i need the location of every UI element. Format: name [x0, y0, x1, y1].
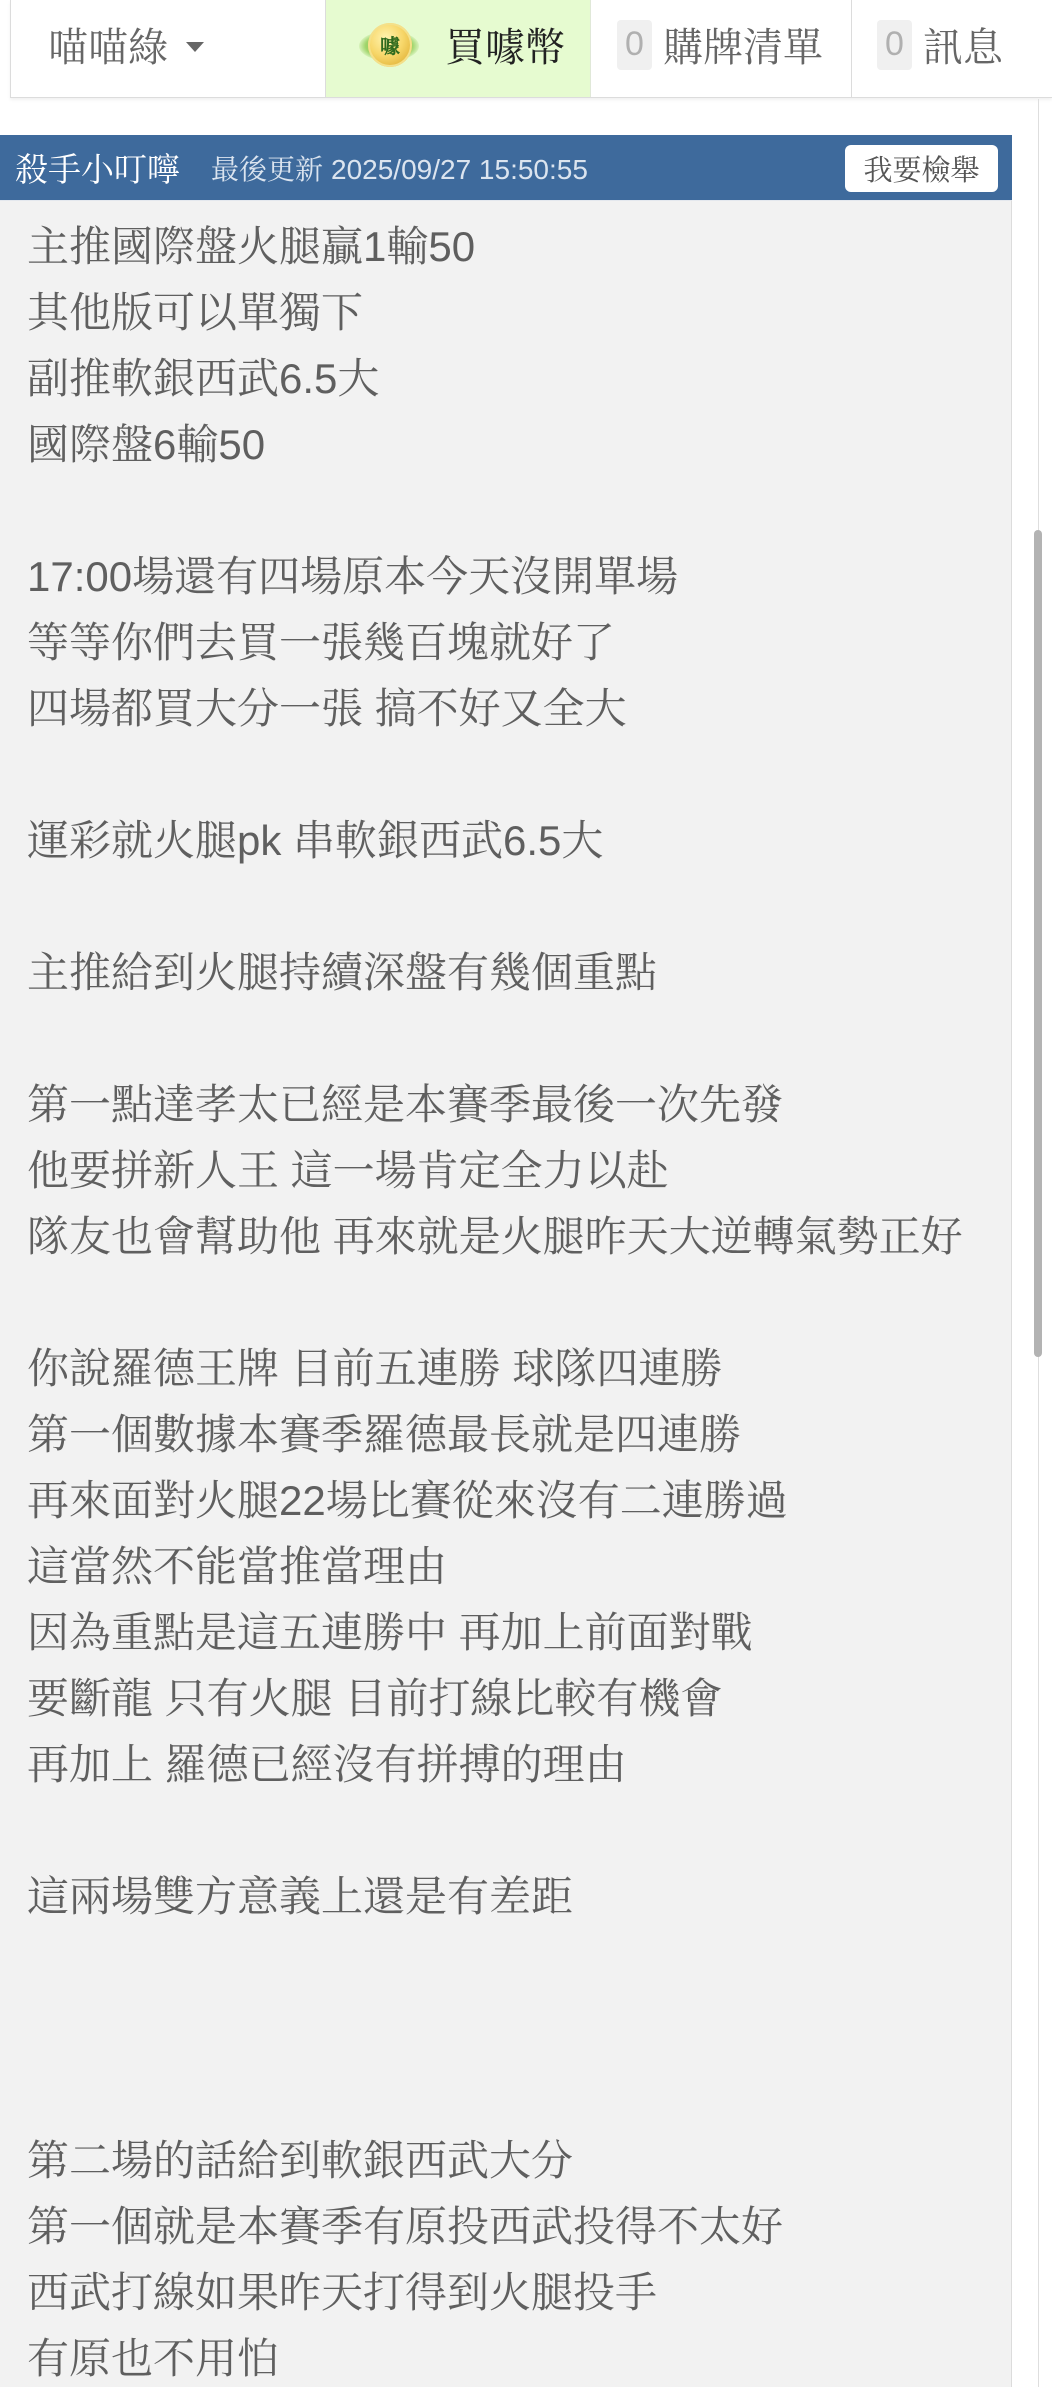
messages-label: 訊息 — [923, 16, 1003, 73]
content-line — [27, 1270, 1011, 1336]
purchase-list-label: 購牌清單 — [663, 16, 823, 73]
content-line: 副推軟銀西武6.5大 — [27, 346, 1011, 412]
report-button[interactable]: 我要檢舉 — [845, 145, 998, 192]
last-updated: 最後更新2025/09/27 15:50:55 — [211, 148, 588, 188]
content-line: 17:00場還有四場原本今天沒開單場 — [27, 544, 1011, 610]
content-line: 運彩就火腿pk 串軟銀西武6.5大 — [27, 808, 1011, 874]
post-content: 主推國際盤火腿贏1輸50 其他版可以單獨下 副推軟銀西武6.5大 國際盤6輸50… — [0, 200, 1012, 2387]
content-line — [27, 742, 1011, 808]
content-line: 四場都買大分一張 搞不好又全大 — [27, 676, 1011, 742]
content-line — [27, 1798, 1011, 1864]
content-line: 國際盤6輸50 — [27, 412, 1011, 478]
content-line: 這兩場雙方意義上還是有差距 — [27, 1864, 1011, 1930]
content-line: 要斷龍 只有火腿 目前打線比較有機會 — [27, 1666, 1011, 1732]
content-line — [27, 478, 1011, 544]
post-author: 殺手小叮嚀 — [15, 144, 180, 191]
messages-count-badge: 0 — [877, 20, 912, 70]
last-updated-label: 最後更新 — [211, 154, 323, 185]
content-line: 主推給到火腿持續深盤有幾個重點 — [27, 940, 1011, 1006]
coin-disc: 噱 — [368, 23, 412, 67]
messages-button[interactable]: 0 訊息 — [852, 0, 1052, 97]
purchase-list-button[interactable]: 0 購牌清單 — [591, 0, 852, 97]
content-line — [27, 874, 1011, 940]
content-line: 再來面對火腿22場比賽從來沒有二連勝過 — [27, 1468, 1011, 1534]
top-nav: 喵喵綠 噱 買噱幣 0 購牌清單 0 訊息 — [10, 0, 1052, 98]
content-line: 第一個數據本賽季羅德最長就是四連勝 — [27, 1402, 1011, 1468]
content-line: 第二場的話給到軟銀西武大分 — [27, 2128, 1011, 2194]
post-header: 殺手小叮嚀 最後更新2025/09/27 15:50:55 我要檢舉 — [0, 135, 1012, 200]
buy-coins-button[interactable]: 噱 買噱幣 — [326, 0, 591, 97]
content-line — [27, 1996, 1011, 2062]
content-line: 主推國際盤火腿贏1輸50 — [27, 214, 1011, 280]
caret-down-icon — [186, 42, 204, 52]
user-menu-label: 喵喵綠 — [48, 16, 168, 73]
content-line: 再加上 羅德已經沒有拼搏的理由 — [27, 1732, 1011, 1798]
content-line: 有原也不用怕 — [27, 2326, 1011, 2387]
content-line: 等等你們去買一張幾百塊就好了 — [27, 610, 1011, 676]
buy-coins-label: 買噱幣 — [445, 16, 565, 73]
content-line: 其他版可以單獨下 — [27, 280, 1011, 346]
content-line: 因為重點是這五連勝中 再加上前面對戰 — [27, 1600, 1011, 1666]
content-line: 你說羅德王牌 目前五連勝 球隊四連勝 — [27, 1336, 1011, 1402]
purchase-list-count-badge: 0 — [617, 20, 652, 70]
scrollbar-thumb[interactable] — [1034, 530, 1042, 1357]
content-line: 他要拼新人王 這一場肯定全力以赴 — [27, 1138, 1011, 1204]
content-line — [27, 2062, 1011, 2128]
content-line: 第一點達孝太已經是本賽季最後一次先發 — [27, 1072, 1011, 1138]
content-line — [27, 1930, 1011, 1996]
content-line — [27, 1006, 1011, 1072]
coin-icon: 噱 — [359, 19, 419, 71]
content-line: 西武打線如果昨天打得到火腿投手 — [27, 2260, 1011, 2326]
content-line: 第一個就是本賽季有原投西武投得不太好 — [27, 2194, 1011, 2260]
content-line: 隊友也會幫助他 再來就是火腿昨天大逆轉氣勢正好 — [27, 1204, 1011, 1270]
user-menu[interactable]: 喵喵綠 — [11, 0, 326, 97]
post-panel: 殺手小叮嚀 最後更新2025/09/27 15:50:55 我要檢舉 主推國際盤… — [0, 135, 1012, 2387]
content-line: 這當然不能當推當理由 — [27, 1534, 1011, 1600]
last-updated-timestamp: 2025/09/27 15:50:55 — [331, 154, 588, 185]
